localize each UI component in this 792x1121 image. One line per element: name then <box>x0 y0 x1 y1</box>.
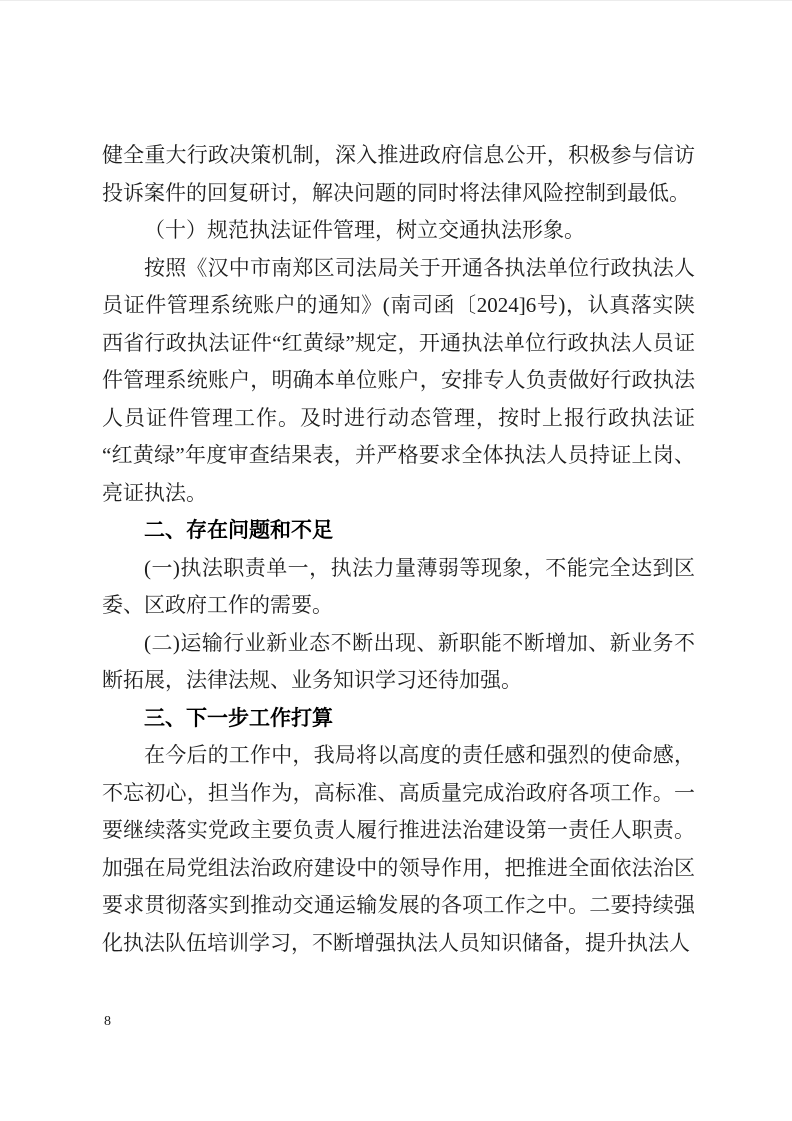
paragraph-next-steps-detail: 在今后的工作中，我局将以高度的责任感和强烈的使命感，不忘初心，担当作为，高标准、… <box>102 737 695 962</box>
paragraph-item-ten-certificate: （十）规范执法证件管理，树立交通执法形象。 <box>102 212 695 250</box>
document-page: 健全重大行政决策机制，深入推进政府信息公开，积极参与信访投诉案件的回复研讨，解决… <box>0 0 792 1121</box>
section-heading-problems: 二、存在问题和不足 <box>102 512 695 550</box>
page-number: 8 <box>104 1014 111 1030</box>
paragraph-continuation-legal-risk: 健全重大行政决策机制，深入推进政府信息公开，积极参与信访投诉案件的回复研讨，解决… <box>102 137 695 212</box>
paragraph-certificate-management-detail: 按照《汉中市南郑区司法局关于开通各执法单位行政执法人员证件管理系统账户的通知》(… <box>102 250 695 513</box>
paragraph-problem-one: (一)执法职责单一，执法力量薄弱等现象，不能完全达到区委、区政府工作的需要。 <box>102 550 695 625</box>
paragraph-problem-two: (二)运输行业新业态不断出现、新职能不断增加、新业务不断拓展，法律法规、业务知识… <box>102 625 695 700</box>
document-body: 健全重大行政决策机制，深入推进政府信息公开，积极参与信访投诉案件的回复研讨，解决… <box>102 137 695 962</box>
section-heading-next-steps: 三、下一步工作打算 <box>102 700 695 738</box>
